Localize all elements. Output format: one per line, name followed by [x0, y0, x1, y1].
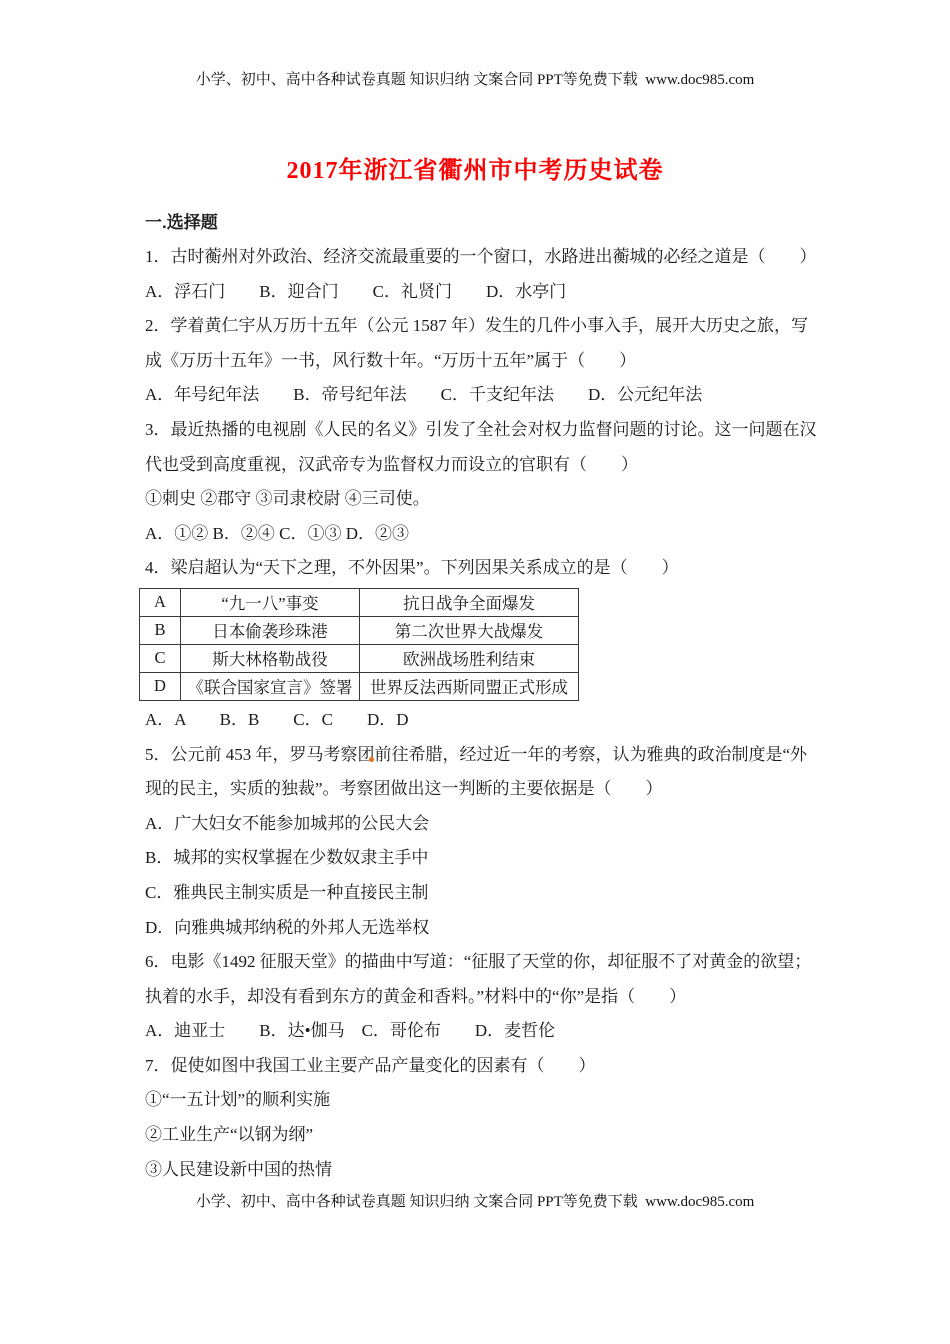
question-4-text: 4．梁启超认为“天下之理，不外因果”。下列因果关系成立的是（ ）: [145, 551, 817, 586]
question-5-text-line1: 5．公元前 453 年，罗马考察团前往希腊，经过近一年的考察，认为雅典的政治制度…: [145, 738, 817, 773]
question-1-options: A．浮石门 B．迎合门 C．礼贤门 D．水亭门: [145, 275, 817, 310]
site-promo-footer: 小学、初中、高中各种试卷真题 知识归纳 文案合同 PPT等免费下载 www.do…: [0, 1190, 950, 1211]
question-5-text-line2: 现的民主，实质的独裁”。考察团做出这一判断的主要依据是（ ）: [145, 772, 817, 807]
table-cell: 日本偷袭珍珠港: [181, 616, 360, 644]
question-5-option-d: D．向雅典城邦纳税的外邦人无选举权: [145, 911, 817, 946]
table-cell: 《联合国家宣言》签署: [181, 672, 360, 700]
question-4-table: A “九一八”事变 抗日战争全面爆发 B 日本偷袭珍珠港 第二次世界大战爆发 C…: [139, 588, 579, 701]
question-3-items: ①刺史 ②郡守 ③司隶校尉 ④三司使。: [145, 482, 817, 517]
question-5-option-b: B．城邦的实权掌握在少数奴隶主手中: [145, 841, 817, 876]
question-6-options: A．迪亚士 B．达•伽马 C．哥伦布 D．麦哲伦: [145, 1014, 817, 1049]
question-1-text: 1．古时蘅州对外政治、经济交流最重要的一个窗口，水路进出蘅城的必经之道是（ ）: [145, 240, 817, 275]
exam-body: 1．古时蘅州对外政治、经济交流最重要的一个窗口，水路进出蘅城的必经之道是（ ） …: [145, 240, 817, 1187]
question-2-options: A．年号纪年法 B．帝号纪年法 C．千支纪年法 D．公元纪年法: [145, 378, 817, 413]
stray-orange-dot: [369, 757, 374, 762]
table-row: B 日本偷袭珍珠港 第二次世界大战爆发: [140, 616, 579, 644]
table-row: D 《联合国家宣言》签署 世界反法西斯同盟正式形成: [140, 672, 579, 700]
table-cell: B: [140, 616, 181, 644]
table-cell: “九一八”事变: [181, 588, 360, 616]
table-row: C 斯大林格勒战役 欧洲战场胜利结束: [140, 644, 579, 672]
question-3-options: A．①② B．②④ C．①③ D．②③: [145, 517, 817, 552]
question-5-option-c: C．雅典民主制实质是一种直接民主制: [145, 876, 817, 911]
question-2-text-line2: 成《万历十五年》一书，风行数十年。“万历十五年”属于（ ）: [145, 344, 817, 379]
question-6-text-line1: 6．电影《1492 征服天堂》的描曲中写道：“征服了天堂的你，却征服不了对黄金的…: [145, 945, 817, 980]
table-cell: D: [140, 672, 181, 700]
table-row: A “九一八”事变 抗日战争全面爆发: [140, 588, 579, 616]
table-cell: 欧洲战场胜利结束: [360, 644, 579, 672]
question-4-options: A．A B．B C．C D．D: [145, 703, 817, 738]
table-cell: 世界反法西斯同盟正式形成: [360, 672, 579, 700]
site-promo-header: 小学、初中、高中各种试卷真题 知识归纳 文案合同 PPT等免费下载 www.do…: [0, 68, 950, 89]
table-cell: 抗日战争全面爆发: [360, 588, 579, 616]
question-3-text-line2: 代也受到高度重视，汉武帝专为监督权力而设立的官职有（ ）: [145, 448, 817, 483]
section-heading: 一.选择题: [145, 208, 218, 233]
question-7-item-1: ①“一五计划”的顺利实施: [145, 1083, 817, 1118]
question-5-option-a: A．广大妇女不能参加城邦的公民大会: [145, 807, 817, 842]
question-2-text-line1: 2．学着黄仁宇从万历十五年（公元 1587 年）发生的几件小事入手，展开大历史之…: [145, 309, 817, 344]
table-cell: A: [140, 588, 181, 616]
table-cell: 第二次世界大战爆发: [360, 616, 579, 644]
question-7-text: 7．促使如图中我国工业主要产品产量变化的因素有（ ）: [145, 1049, 817, 1084]
table-cell: C: [140, 644, 181, 672]
table-cell: 斯大林格勒战役: [181, 644, 360, 672]
question-3-text-line1: 3．最近热播的电视剧《人民的名义》引发了全社会对权力监督问题的讨论。这一问题在汉: [145, 413, 817, 448]
question-7-item-2: ②工业生产“以钢为纲”: [145, 1118, 817, 1153]
question-6-text-line2: 执着的水手，却没有看到东方的黄金和香料。”材料中的“你”是指（ ）: [145, 980, 817, 1015]
question-7-item-3: ③人民建设新中国的热情: [145, 1153, 817, 1188]
page-title: 2017年浙江省衢州市中考历史试卷: [0, 150, 950, 185]
